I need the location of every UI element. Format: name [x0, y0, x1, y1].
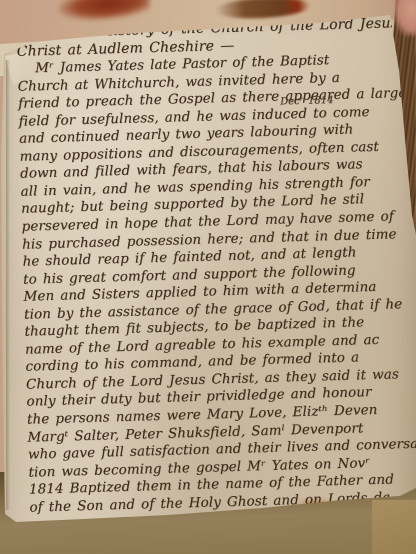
page-left-crease: [6, 60, 10, 510]
corner-leather-highlight: [394, 0, 416, 36]
manuscript-page: a Short History of the Church of the Lor…: [0, 0, 416, 554]
interlinear-date-annotation: Decʳ 1814: [280, 96, 334, 107]
table-surface-right: [372, 500, 416, 554]
handwritten-text: a Short History of the Church of the Lor…: [10, 15, 416, 517]
manuscript-photo: a Short History of the Church of the Lor…: [0, 0, 416, 554]
